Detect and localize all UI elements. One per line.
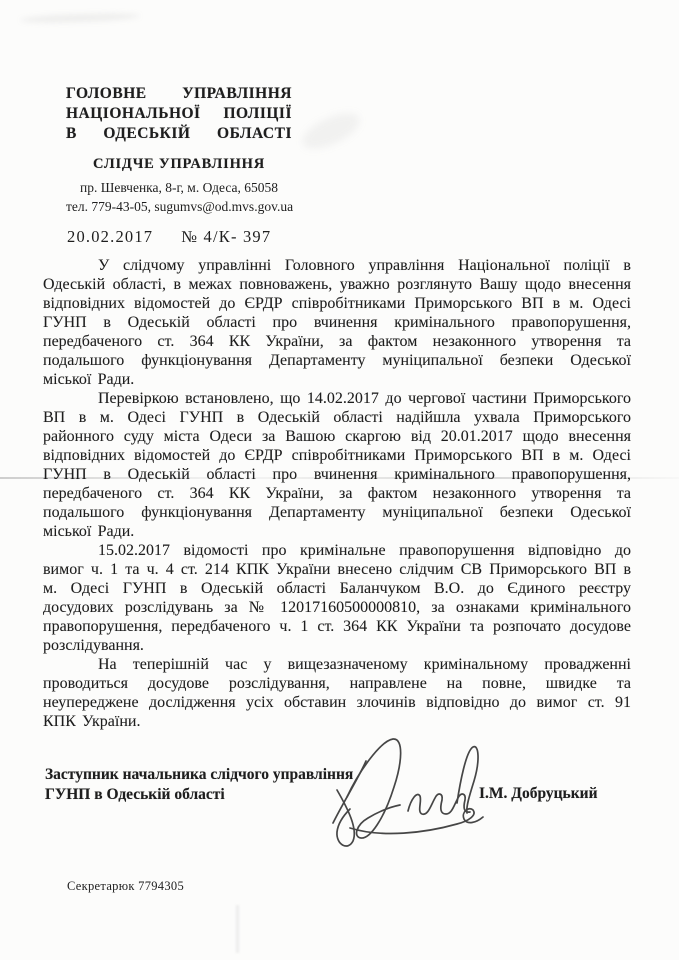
letterhead-contact: тел. 779-43-05, sugumvs@od.mvs.gov.ua — [66, 199, 292, 215]
org-name-line-2: НАЦІОНАЛЬНОЇ ПОЛІЦІЇ — [66, 104, 292, 124]
org-name-line-1: ГОЛОВНЕ УПРАВЛІННЯ — [66, 84, 292, 104]
signatory-position-line-2: ГУНП в Одеській області — [45, 785, 353, 805]
signatory-position-line-1: Заступник начальника слідчого управління — [45, 765, 353, 785]
scan-smudge — [20, 12, 140, 24]
letterhead-address: пр. Шевченка, 8-г, м. Одеса, 65058 — [66, 180, 292, 196]
scan-streak — [236, 905, 239, 953]
department-name: СЛІДЧЕ УПРАВЛІННЯ — [66, 156, 292, 173]
document-number: № 4/К- 397 — [181, 227, 271, 246]
reference-line: 20.02.2017№ 4/К- 397 — [67, 227, 271, 247]
signatory-name: І.М. Добруцький — [479, 785, 598, 803]
letter-body: У слідчому управлінні Головного управлін… — [43, 256, 631, 731]
executor-line: Секретарюк 7794305 — [67, 879, 184, 894]
paragraph-4: На теперішній час у вищезазначеному крим… — [43, 655, 631, 731]
org-name-line-3: В ОДЕСЬКІЙ ОБЛАСТІ — [66, 124, 292, 144]
handwritten-signature — [320, 735, 540, 880]
signatory-position: Заступник начальника слідчого управління… — [45, 765, 353, 804]
document-date: 20.02.2017 — [67, 227, 153, 246]
letterhead: ГОЛОВНЕ УПРАВЛІННЯ НАЦІОНАЛЬНОЇ ПОЛІЦІЇ … — [66, 84, 292, 215]
paragraph-1: У слідчому управлінні Головного управлін… — [43, 256, 631, 389]
scanned-letter-page: ГОЛОВНЕ УПРАВЛІННЯ НАЦІОНАЛЬНОЇ ПОЛІЦІЇ … — [0, 0, 679, 960]
paragraph-2: Перевіркою встановлено, що 14.02.2017 до… — [43, 389, 631, 541]
paragraph-3: 15.02.2017 відомості про кримінальне пра… — [43, 541, 631, 655]
scan-smudge — [297, 106, 364, 156]
